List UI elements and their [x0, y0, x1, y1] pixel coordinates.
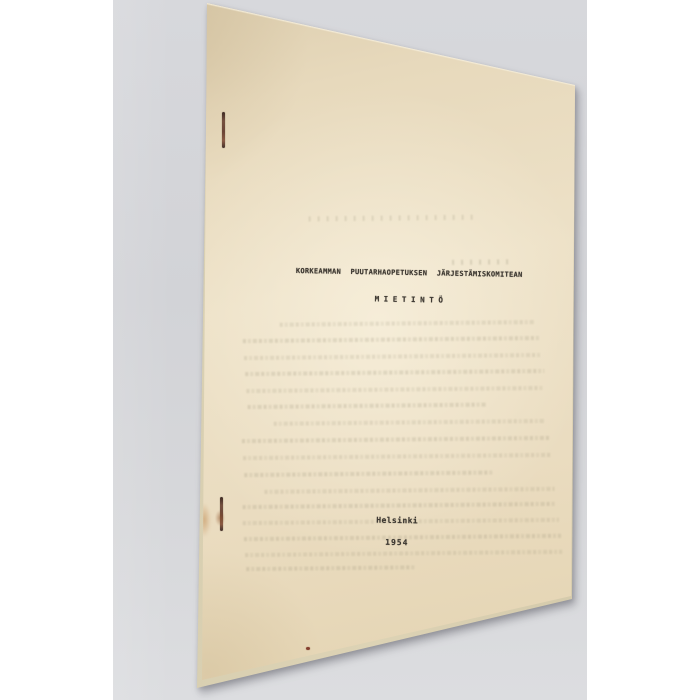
show-through-line — [274, 419, 546, 426]
photograph: KORKEAMMAN PUUTARHAOPETUKSEN JÄRJESTÄMIS… — [113, 0, 587, 700]
page-background: KORKEAMMAN PUUTARHAOPETUKSEN JÄRJESTÄMIS… — [0, 0, 700, 700]
show-through-text — [109, 0, 590, 700]
rust-stain-edge — [197, 503, 211, 537]
show-through-line — [244, 470, 494, 477]
cover-title-block: KORKEAMMAN PUUTARHAOPETUKSEN JÄRJESTÄMIS… — [249, 266, 570, 307]
show-through-line — [243, 336, 539, 343]
show-through-line — [309, 215, 474, 222]
show-through-line — [264, 487, 554, 494]
show-through-line — [280, 320, 535, 327]
show-through-line — [246, 386, 542, 393]
rust-stain-staple — [215, 510, 225, 526]
show-through-line — [452, 259, 514, 265]
ink-speck — [306, 647, 310, 650]
show-through-line — [248, 403, 488, 410]
staple-top — [222, 112, 225, 148]
show-through-line — [245, 369, 544, 376]
show-through-line — [245, 550, 562, 557]
show-through-line — [243, 502, 557, 509]
show-through-line — [246, 565, 416, 571]
booklet-front-cover: KORKEAMMAN PUUTARHAOPETUKSEN JÄRJESTÄMIS… — [113, 0, 587, 700]
show-through-line — [244, 353, 542, 360]
imprint-block: Helsinki 1954 — [237, 513, 558, 551]
show-through-line — [243, 453, 551, 460]
show-through-line — [242, 436, 549, 443]
booklet: KORKEAMMAN PUUTARHAOPETUKSEN JÄRJESTÄMIS… — [113, 0, 587, 700]
